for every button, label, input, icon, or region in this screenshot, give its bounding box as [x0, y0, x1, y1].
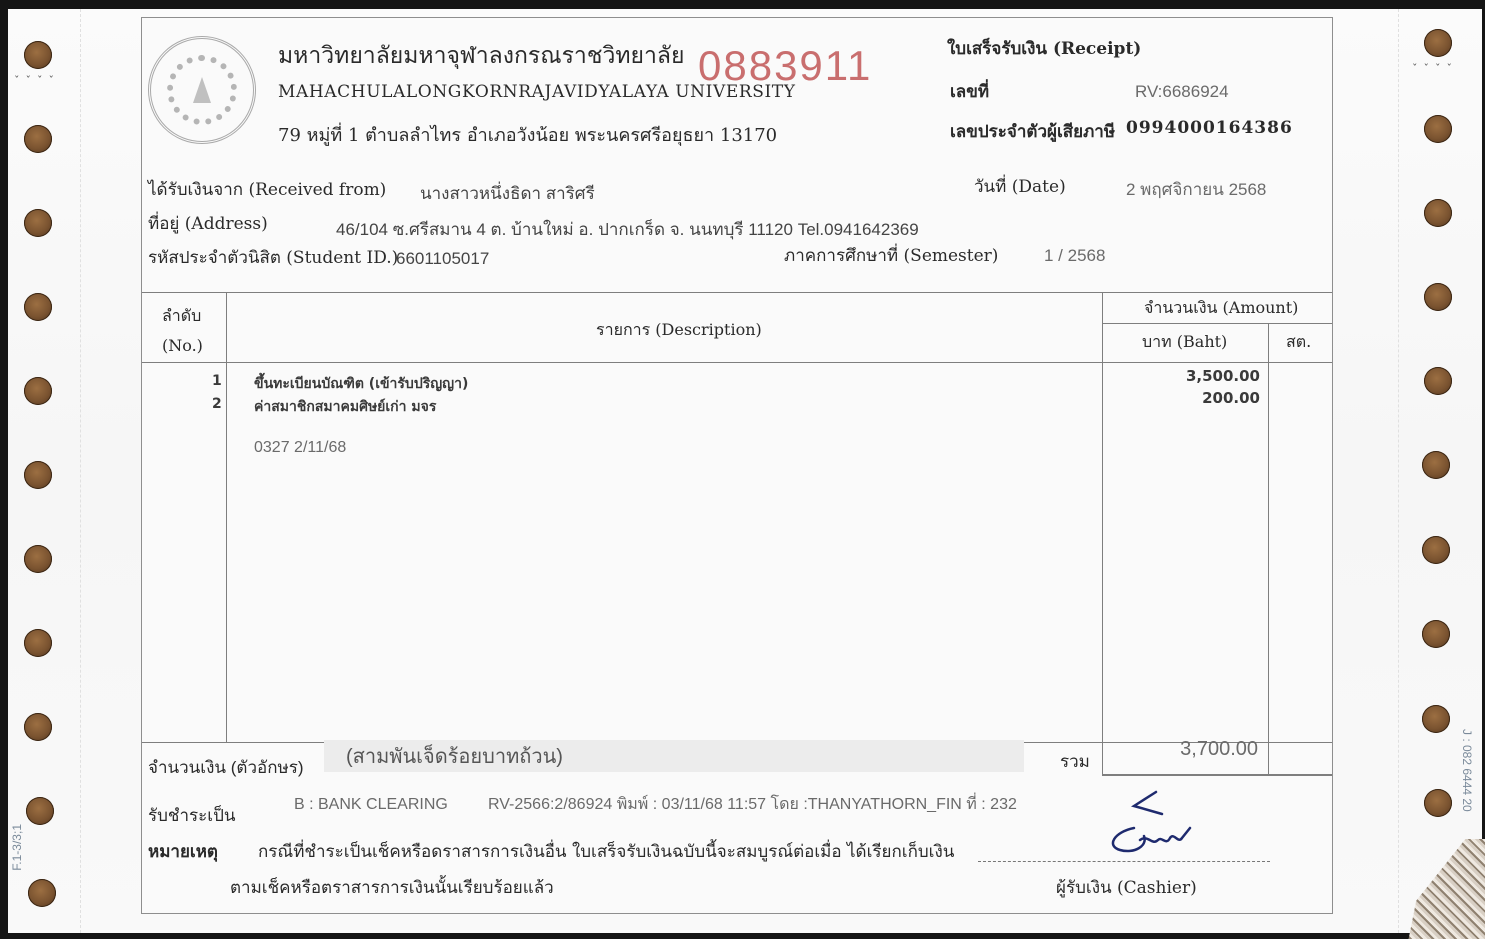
table-header-bottom — [142, 362, 1332, 363]
receipt-number-label: เลขที่ — [950, 78, 989, 105]
row-amount: 200.00 — [1142, 389, 1260, 407]
semester-label: ภาคการศึกษาที่ (Semester) — [784, 242, 998, 269]
col-no-en: (No.) — [162, 336, 203, 355]
print-info: RV-2566:2/86924 พิมพ์ : 03/11/68 11:57 โ… — [488, 792, 1017, 817]
student-id-value: 6601105017 — [396, 249, 489, 269]
cashier-label: ผู้รับเงิน (Cashier) — [1056, 874, 1197, 901]
total-label: รวม — [1060, 748, 1090, 775]
signature-line — [978, 861, 1270, 862]
row-number: 1 — [212, 373, 222, 389]
form-code: F.1-3/3;1 — [10, 824, 24, 871]
receipt-form: มหาวิทยาลัยมหาจุฬาลงกรณราชวิทยาลัย MAHAC… — [141, 17, 1333, 914]
university-name-th: มหาวิทยาลัยมหาจุฬาลงกรณราชวิทยาลัย — [278, 38, 685, 74]
col-description: รายการ (Description) — [596, 318, 762, 343]
tick-marks: ˇˇˇˇ — [14, 74, 60, 87]
handwritten-signature-icon — [1104, 788, 1204, 868]
tractor-hole — [24, 293, 52, 321]
received-from-label: ได้รับเงินจาก (Received from) — [148, 176, 386, 203]
total-bottom-border — [1102, 774, 1332, 776]
row-number: 2 — [212, 396, 222, 412]
tractor-hole — [1424, 283, 1452, 311]
address-value: 46/104 ซ.ศรีสมาน 4 ต. บ้านใหม่ อ. ปากเกร… — [336, 216, 919, 243]
serial-number: 0883911 — [698, 42, 872, 90]
tractor-hole — [24, 629, 52, 657]
tractor-hole — [1422, 620, 1450, 648]
tractor-hole — [24, 545, 52, 573]
row-description: ขึ้นทะเบียนบัณฑิต (เข้ารับปริญญา) — [254, 373, 468, 395]
semester-value: 1 / 2568 — [1044, 246, 1105, 266]
tractor-hole — [1424, 115, 1452, 143]
print-code: J : 082 6444 20 — [1460, 729, 1474, 812]
table-top-border — [142, 292, 1332, 293]
tax-id-value: 0994000164386 — [1126, 118, 1293, 138]
address-label: ที่อยู่ (Address) — [148, 210, 268, 237]
total-value: 3,700.00 — [1132, 738, 1258, 761]
row-amount: 3,500.00 — [1142, 367, 1260, 385]
received-from-value: นางสาวหนึ่งธิดา สาริศรี — [420, 180, 595, 207]
right-perforation — [1398, 9, 1399, 933]
university-seal-icon — [148, 36, 256, 144]
tractor-hole — [1422, 451, 1450, 479]
foil-sticker — [1408, 839, 1485, 939]
tractor-hole — [24, 461, 52, 489]
left-perforation — [80, 9, 81, 933]
amount-column-divider — [1102, 292, 1103, 774]
payment-method: B : BANK CLEARING — [294, 796, 448, 814]
tax-id-label: เลขประจำตัวผู้เสียภาษี — [950, 118, 1115, 145]
col-baht: บาท (Baht) — [1142, 330, 1227, 355]
col-amount: จำนวนเงิน (Amount) — [1144, 296, 1298, 321]
row-description: ค่าสมาชิกสมาคมศิษย์เก่า มจร — [254, 396, 436, 418]
tractor-hole — [24, 41, 52, 69]
no-column-divider — [226, 292, 227, 742]
tractor-hole — [1424, 199, 1452, 227]
tractor-hole — [28, 879, 56, 907]
receipt-number-value: RV:6686924 — [1135, 82, 1229, 102]
student-id-label: รหัสประจำตัวนิสิต (Student ID.) — [148, 244, 398, 271]
tractor-hole — [24, 377, 52, 405]
col-satang: สต. — [1286, 330, 1311, 355]
amount-in-words-value: (สามพันเจ็ดร้อยบาทถ้วน) — [346, 740, 563, 772]
amount-header-divider — [1102, 323, 1332, 324]
tractor-hole — [24, 209, 52, 237]
receipt-title: ใบเสร็จรับเงิน (Receipt) — [947, 35, 1141, 62]
tractor-hole — [1424, 29, 1452, 57]
date-label: วันที่ (Date) — [974, 173, 1066, 200]
tractor-hole — [24, 125, 52, 153]
university-address: 79 หมู่ที่ 1 ตำบลลำไทร อำเภอวังน้อย พระน… — [278, 120, 777, 149]
date-value: 2 พฤศจิกายน 2568 — [1126, 176, 1266, 203]
col-no-th: ลำดับ — [162, 304, 201, 329]
satang-column-divider — [1268, 323, 1269, 774]
amount-in-words-label: จำนวนเงิน (ตัวอักษร) — [148, 754, 304, 781]
tractor-hole — [1424, 789, 1452, 817]
tick-marks: ˇˇˇˇ — [1412, 62, 1458, 75]
tractor-hole — [1422, 705, 1450, 733]
remark-line-1: กรณีที่ชำระเป็นเช็คหรือดราสารการเงินอื่น… — [258, 838, 954, 865]
payment-label: รับชำระเป็น — [148, 802, 236, 829]
tractor-hole — [26, 797, 54, 825]
row-note: 0327 2/11/68 — [254, 439, 346, 457]
tractor-hole — [1424, 367, 1452, 395]
tractor-hole — [24, 713, 52, 741]
remark-line-2: ตามเช็คหรือตราสารการเงินนั้นเรียบร้อยแล้… — [230, 874, 554, 901]
tractor-hole — [1422, 536, 1450, 564]
remark-label: หมายเหตุ — [148, 838, 218, 865]
